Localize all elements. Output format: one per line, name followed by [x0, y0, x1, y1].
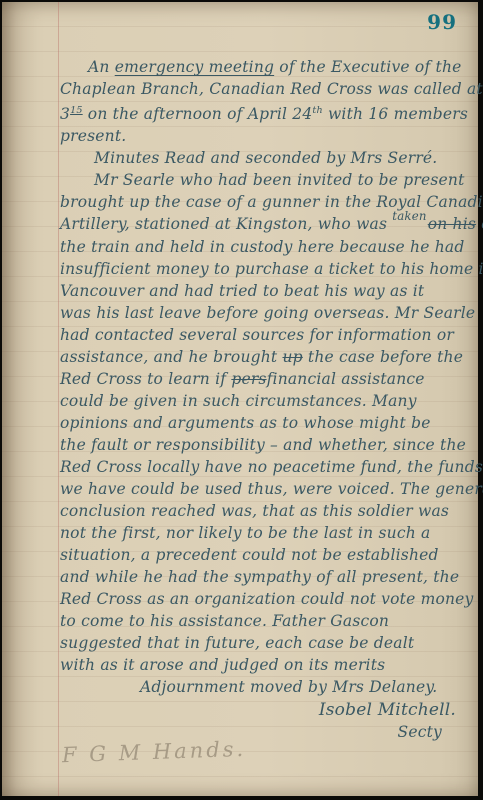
- manuscript-line: An emergency meeting of the Executive of…: [60, 56, 466, 78]
- manuscript-line: assistance, and he brought up the case b…: [60, 346, 466, 368]
- manuscript-line: opinions and arguments as to whose might…: [60, 412, 466, 434]
- manuscript-line: Secty: [60, 721, 466, 743]
- manuscript-line: Isobel Mitchell.: [60, 699, 466, 721]
- manuscript-line: situation, a precedent could not be esta…: [60, 544, 466, 566]
- manuscript-line: Red Cross locally have no peacetime fund…: [60, 456, 466, 478]
- manuscript-line: Minutes Read and seconded by Mrs Serré.: [60, 147, 466, 169]
- manuscript-line: Artillery, stationed at Kingston, who wa…: [60, 213, 466, 236]
- manuscript-line: to come to his assistance. Father Gascon: [60, 610, 466, 632]
- manuscript-lines: An emergency meeting of the Executive of…: [60, 56, 466, 743]
- manuscript-line: suggested that in future, each case be d…: [60, 632, 466, 654]
- manuscript-line: Red Cross as an organization could not v…: [60, 588, 466, 610]
- manuscript-line: and while he had the sympathy of all pre…: [60, 566, 466, 588]
- manuscript-line: 315 on the afternoon of April 24th with …: [60, 100, 466, 125]
- manuscript-line: Chaplean Branch, Canadian Red Cross was …: [60, 78, 466, 100]
- manuscript-line: with as it arose and judged on its merit…: [60, 654, 466, 676]
- manuscript-line: not the first, nor likely to be the last…: [60, 522, 466, 544]
- red-margin-rule: [58, 2, 59, 796]
- manuscript-line: Red Cross to learn if persfinancial assi…: [60, 368, 466, 390]
- manuscript-line: we have could be used thus, were voiced.…: [60, 478, 466, 500]
- manuscript-line: present.: [60, 125, 466, 147]
- manuscript-line: Vancouver and had tried to beat his way …: [60, 280, 466, 302]
- manuscript-line: conclusion reached was, that as this sol…: [60, 500, 466, 522]
- scanned-minutes-page: 99 An emergency meeting of the Executive…: [0, 0, 483, 800]
- manuscript-line: insufficient money to purchase a ticket …: [60, 258, 466, 280]
- manuscript-line: could be given in such circumstances. Ma…: [60, 390, 466, 412]
- manuscript-line: Adjournment moved by Mrs Delaney.: [60, 676, 466, 698]
- manuscript-line: the train and held in custody here becau…: [60, 236, 466, 258]
- manuscript-line: the fault or responsibility – and whethe…: [60, 434, 466, 456]
- manuscript-line: Mr Searle who had been invited to be pre…: [60, 169, 466, 191]
- ledger-paper: 99 An emergency meeting of the Executive…: [2, 2, 478, 796]
- manuscript-line: had contacted several sources for inform…: [60, 324, 466, 346]
- page-number: 99: [427, 10, 457, 34]
- manuscript-line: was his last leave before going overseas…: [60, 302, 466, 324]
- pencil-signature: F G M Hands.: [62, 737, 247, 767]
